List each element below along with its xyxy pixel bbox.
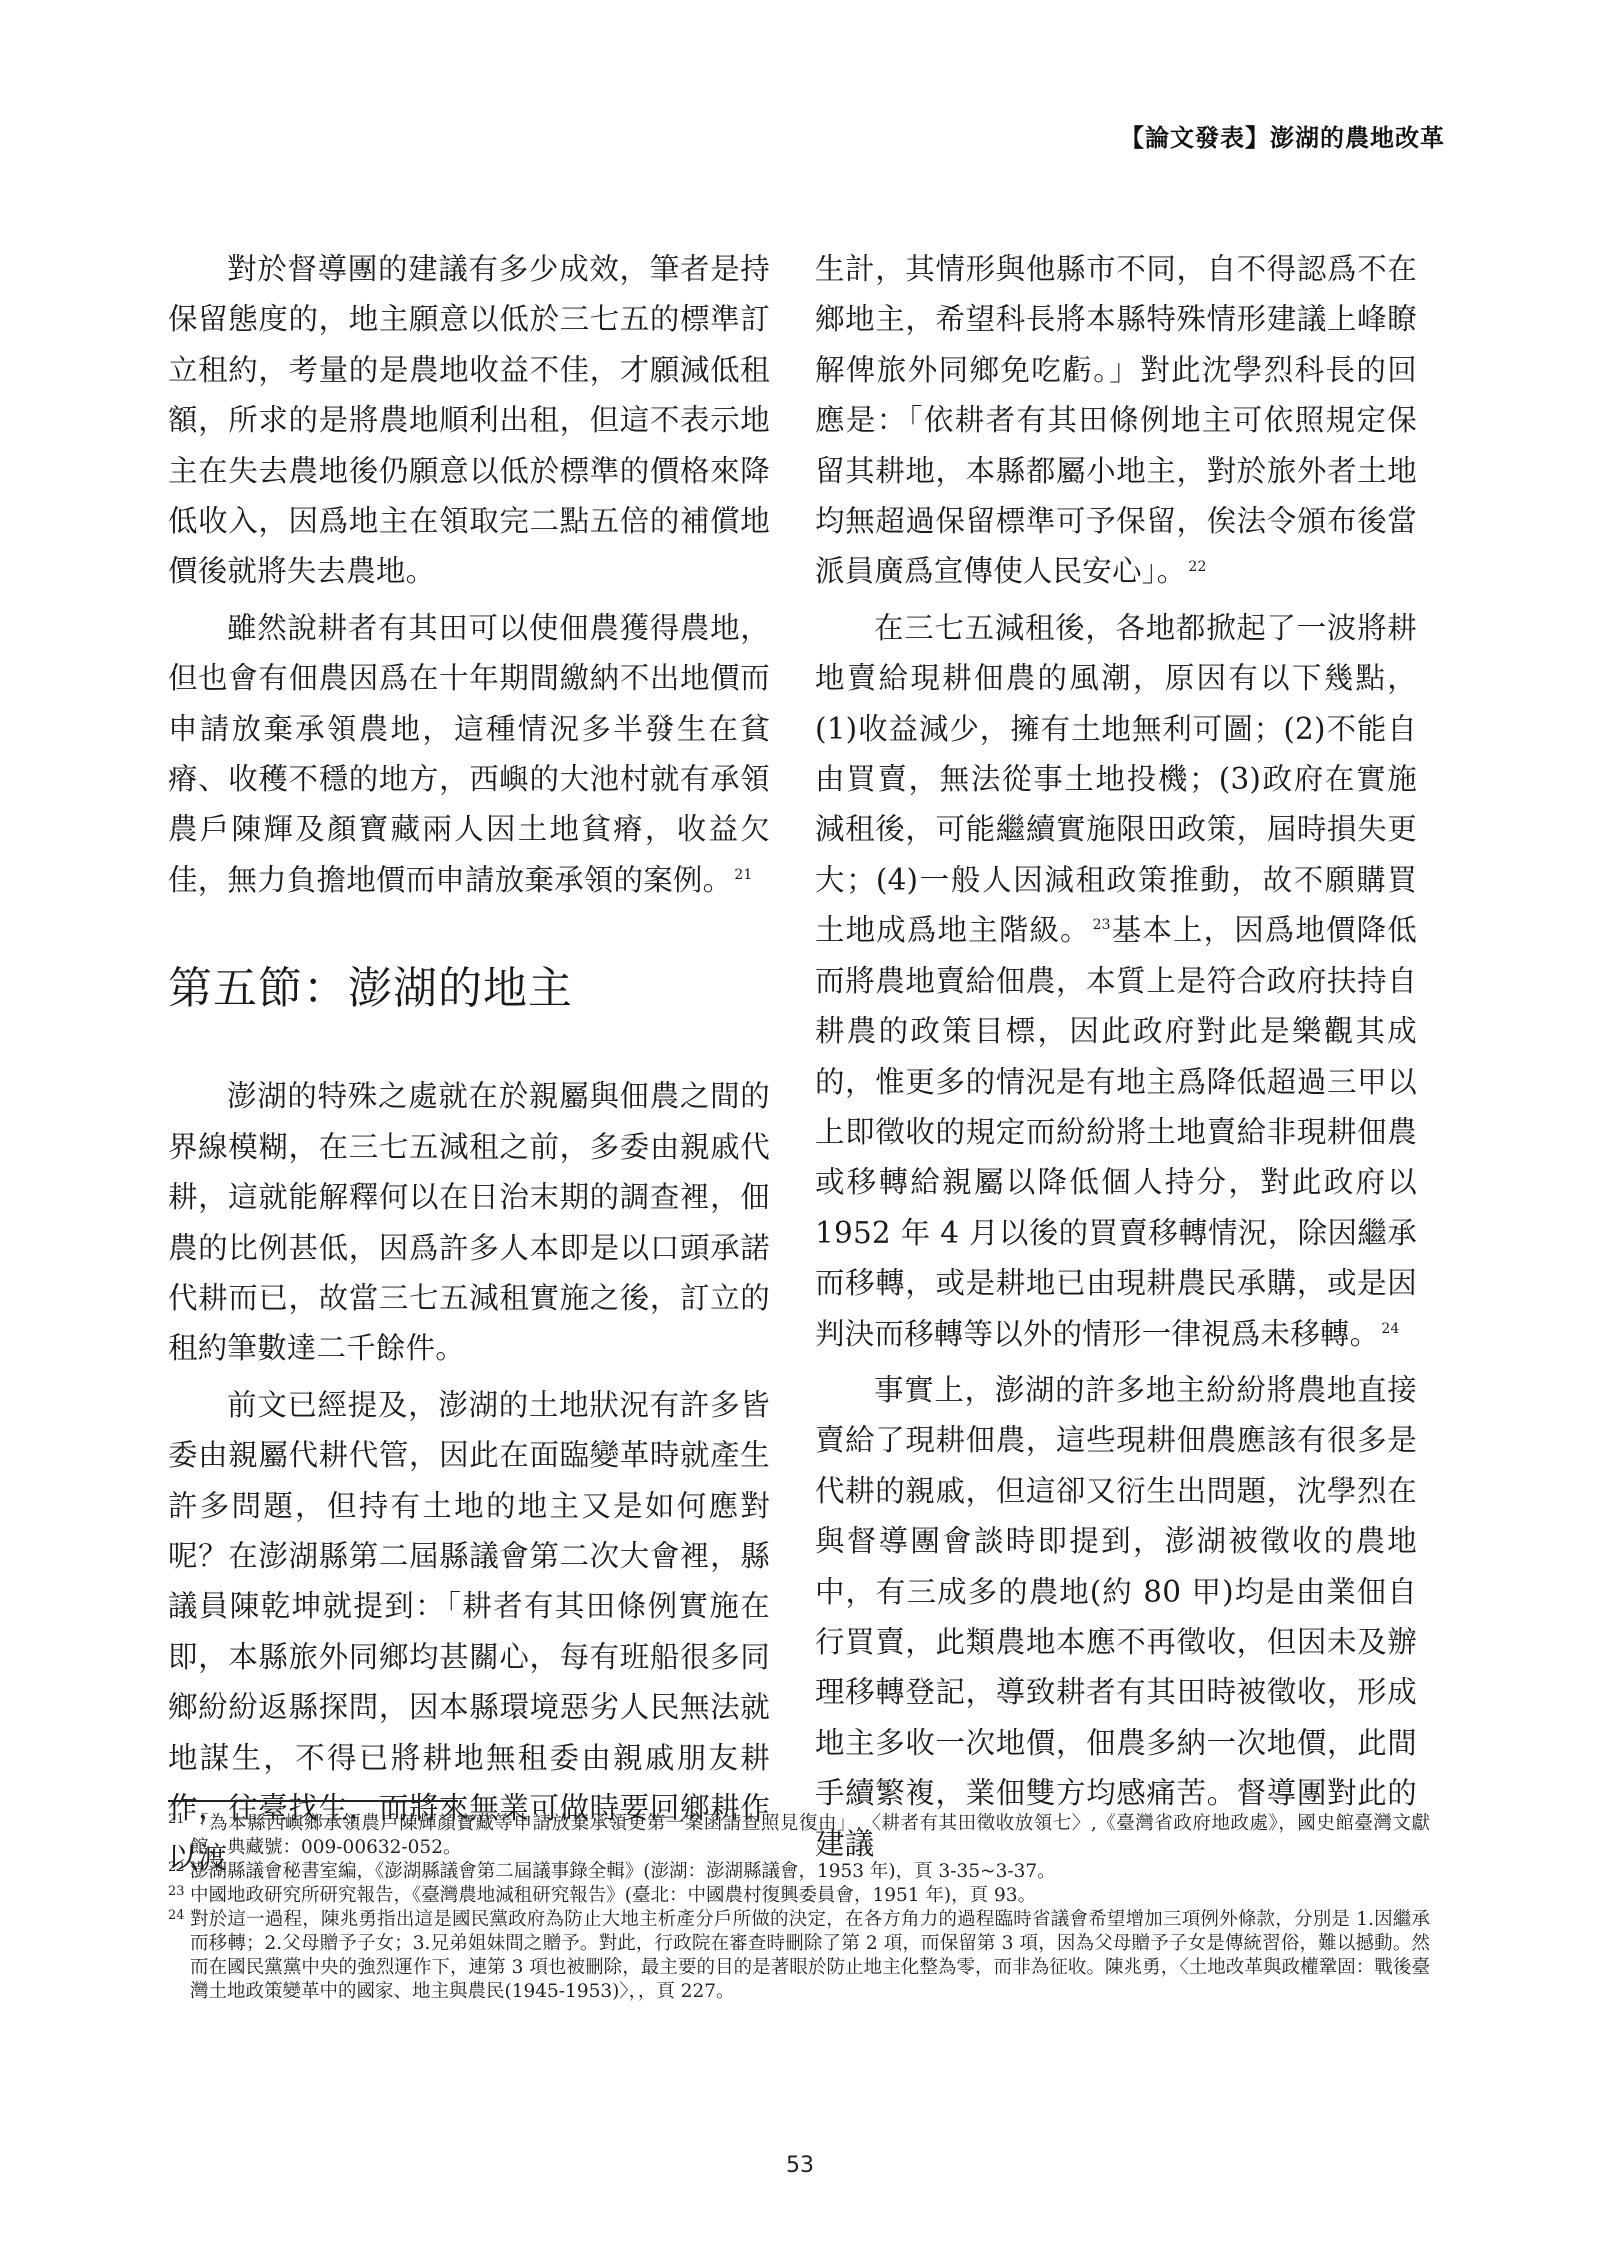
body-paragraph: 雖然說耕者有其田可以使佃農獲得農地，但也會有佃農因爲在十年期間繳納不出地價而申請… <box>168 603 770 905</box>
footnote-21: 21 「為本縣西嶼鄉承領農戶陳輝顏寶藏等申請放棄承領更第一案函請查照見復由」,〈… <box>168 1812 1430 1860</box>
running-header-title: 【論文發表】澎湖的農地改革 <box>1120 118 1445 153</box>
footnote-number: 23 <box>168 1880 185 1904</box>
paragraph-text: 生計，其情形與他縣市不同，自不得認爲不在鄉地主，希望科長將本縣特殊情形建議上峰瞭… <box>815 252 1417 588</box>
footnote-22: 22 澎湖縣議會秘書室編，《澎湖縣議會第二屆議事錄全輯》(澎湖：澎湖縣議會，19… <box>168 1860 1430 1884</box>
paragraph-text: 基本上，因爲地價降低而將農地賣給佃農，本質上是符合政府扶持自耕農的政策目標，因此… <box>815 913 1417 1350</box>
paragraph-text: 在三七五減租後，各地都掀起了一波將耕地賣給現耕佃農的風潮，原因有以下幾點，(1)… <box>815 611 1417 947</box>
footnote-text: 「為本縣西嶼鄉承領農戶陳輝顏寶藏等申請放棄承領更第一案函請查照見復由」,〈耕者有… <box>190 1813 1430 1858</box>
body-paragraph: 澎湖的特殊之處就在於親屬與佃農之間的界線模糊，在三七五減租之前，多委由親戚代耕，… <box>168 1071 770 1373</box>
paragraph-text: 前文已經提及，澎湖的土地狀況有許多皆委由親屬代耕代管，因此在面臨變革時就產生許多… <box>168 1388 770 1876</box>
footnote-ref[interactable]: 23 <box>1093 917 1111 933</box>
footnote-text: 澎湖縣議會秘書室編，《澎湖縣議會第二屆議事錄全輯》(澎湖：澎湖縣議會，1953 … <box>190 1861 1056 1882</box>
footnote-number: 22 <box>168 1856 185 1880</box>
footnote-text: 中國地政研究所研究報告，《臺灣農地減租研究報告》(臺北：中國農村復興委員會，19… <box>190 1885 1036 1906</box>
body-paragraph: 生計，其情形與他縣市不同，自不得認爲不在鄉地主，希望科長將本縣特殊情形建議上峰瞭… <box>815 244 1417 597</box>
paragraph-text: 事實上，澎湖的許多地主紛紛將農地直接賣給了現耕佃農，這些現耕佃農應該有很多是代耕… <box>815 1373 1417 1861</box>
footnote-ref[interactable]: 22 <box>1188 559 1206 575</box>
paragraph-text: 澎湖的特殊之處就在於親屬與佃農之間的界線模糊，在三七五減租之前，多委由親戚代耕，… <box>168 1079 770 1365</box>
footnote-number: 24 <box>168 1904 185 1928</box>
body-paragraph: 前文已經提及，澎湖的土地狀況有許多皆委由親屬代耕代管，因此在面臨變革時就產生許多… <box>168 1380 770 1884</box>
footnote-number: 21 <box>168 1808 185 1832</box>
footnote-23: 23 中國地政研究所研究報告，《臺灣農地減租研究報告》(臺北：中國農村復興委員會… <box>168 1884 1430 1908</box>
page-number: 53 <box>0 2153 1600 2178</box>
footnote-ref[interactable]: 24 <box>1381 1321 1399 1337</box>
footnotes-section: 21 「為本縣西嶼鄉承領農戶陳輝顏寶藏等申請放棄承領更第一案函請查照見復由」,〈… <box>168 1812 1430 2004</box>
footnote-ref[interactable]: 21 <box>734 867 752 883</box>
left-column: 對於督導團的建議有多少成效，筆者是持保留態度的，地主願意以低於三七五的標準訂立租… <box>168 244 770 1884</box>
paragraph-text: 雖然說耕者有其田可以使佃農獲得農地，但也會有佃農因爲在十年期間繳納不出地價而申請… <box>168 611 770 897</box>
body-paragraph: 對於督導團的建議有多少成效，筆者是持保留態度的，地主願意以低於三七五的標準訂立租… <box>168 244 770 597</box>
body-paragraph: 事實上，澎湖的許多地主紛紛將農地直接賣給了現耕佃農，這些現耕佃農應該有很多是代耕… <box>815 1365 1417 1869</box>
paragraph-text: 對於督導團的建議有多少成效，筆者是持保留態度的，地主願意以低於三七五的標準訂立租… <box>168 252 770 588</box>
body-paragraph: 在三七五減租後，各地都掀起了一波將耕地賣給現耕佃農的風潮，原因有以下幾點，(1)… <box>815 603 1417 1359</box>
footnote-24: 24 對於這一過程，陳兆勇指出這是國民黨政府為防止大地主析產分戶所做的決定，在各… <box>168 1908 1430 2004</box>
footnote-text: 對於這一過程，陳兆勇指出這是國民黨政府為防止大地主析產分戶所做的決定，在各方角力… <box>190 1909 1430 2002</box>
section-heading: 第五節：澎湖的地主 <box>168 961 770 1017</box>
footnote-divider <box>168 1800 458 1802</box>
right-column: 生計，其情形與他縣市不同，自不得認爲不在鄉地主，希望科長將本縣特殊情形建議上峰瞭… <box>815 244 1417 1869</box>
